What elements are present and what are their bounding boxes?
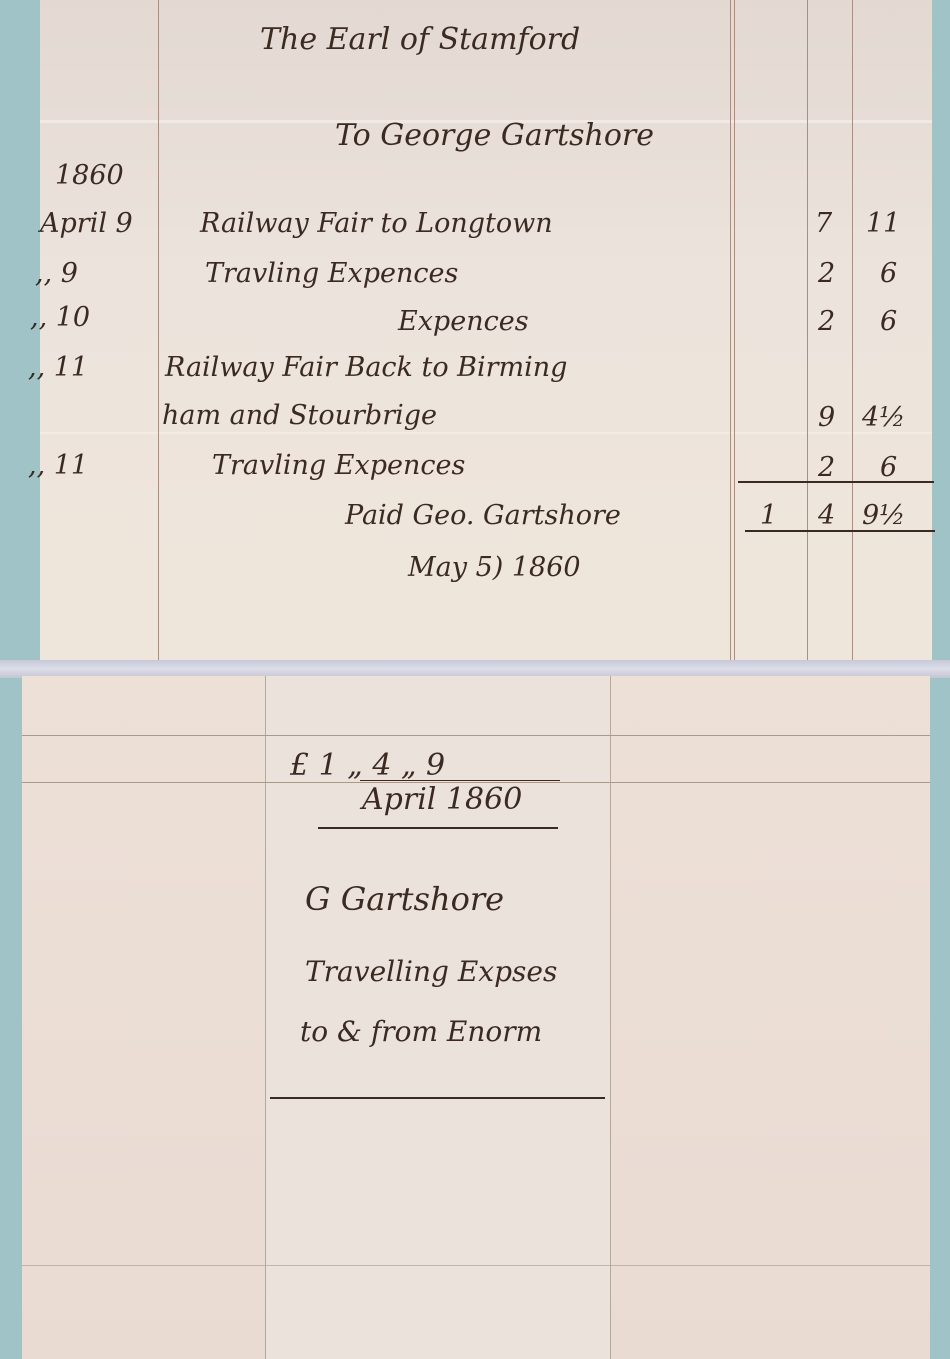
total-label: Paid Geo. Gartshore <box>345 500 621 531</box>
invoice-subtitle: To George Gartshore <box>335 118 654 153</box>
entry-date: April 9 <box>40 208 133 239</box>
entry-shillings: 2 <box>818 452 835 483</box>
total-rule-bottom <box>745 530 935 532</box>
total-rule-top <box>738 481 934 483</box>
entry-date: ,, 11 <box>28 450 88 481</box>
entry-pence: 11 <box>866 208 900 239</box>
entry-description: Expences <box>398 306 529 337</box>
entry-pence: 6 <box>880 452 897 483</box>
shillings-column-rule <box>807 0 808 660</box>
entry-date: ,, 11 <box>28 352 88 383</box>
total-pounds: 1 <box>760 500 777 531</box>
entry-pence: 6 <box>880 306 897 337</box>
paid-date: May 5) 1860 <box>408 552 581 583</box>
fold-line-left <box>265 676 266 1359</box>
ruled-line <box>22 735 930 736</box>
entry-shillings: 9 <box>818 402 835 433</box>
entry-date: ,, 9 <box>35 258 78 289</box>
date-underline <box>318 827 558 829</box>
amount-underline <box>360 780 560 781</box>
pence-column-rule <box>852 0 853 660</box>
endorsement-line1: Travelling Expses <box>305 955 557 988</box>
endorsement-line2: to & from Enorm <box>300 1015 542 1048</box>
entry-date: ,, 10 <box>30 302 90 333</box>
total-pence: 9½ <box>862 500 905 531</box>
entry-description: Travling Expences <box>212 450 465 481</box>
entry-pence: 4½ <box>862 402 905 433</box>
entry-shillings: 2 <box>818 306 835 337</box>
entry-description: Railway Fair Back to Birming <box>165 352 567 383</box>
ruled-line <box>22 1265 930 1266</box>
fold-crease <box>40 432 932 434</box>
entry-shillings: 2 <box>818 258 835 289</box>
entry-description: ham and Stourbrige <box>162 400 437 431</box>
fold-line-right <box>610 676 611 1359</box>
endorsement-rule <box>270 1097 605 1099</box>
entry-pence: 6 <box>880 258 897 289</box>
pounds-column-rule-2 <box>734 0 735 660</box>
invoice-year: 1860 <box>55 160 124 191</box>
endorsement-amount: £ 1 „ 4 „ 9 <box>290 748 445 783</box>
date-column-rule <box>158 0 159 660</box>
endorsement-date: April 1860 <box>362 782 522 817</box>
pounds-column-rule <box>730 0 731 660</box>
entry-shillings: 7 <box>815 208 832 239</box>
endorsement-name: G Gartshore <box>305 880 504 918</box>
entry-description: Railway Fair to Longtown <box>200 208 553 239</box>
entry-description: Travling Expences <box>205 258 458 289</box>
total-shillings: 4 <box>818 500 835 531</box>
invoice-title: The Earl of Stamford <box>260 22 580 57</box>
